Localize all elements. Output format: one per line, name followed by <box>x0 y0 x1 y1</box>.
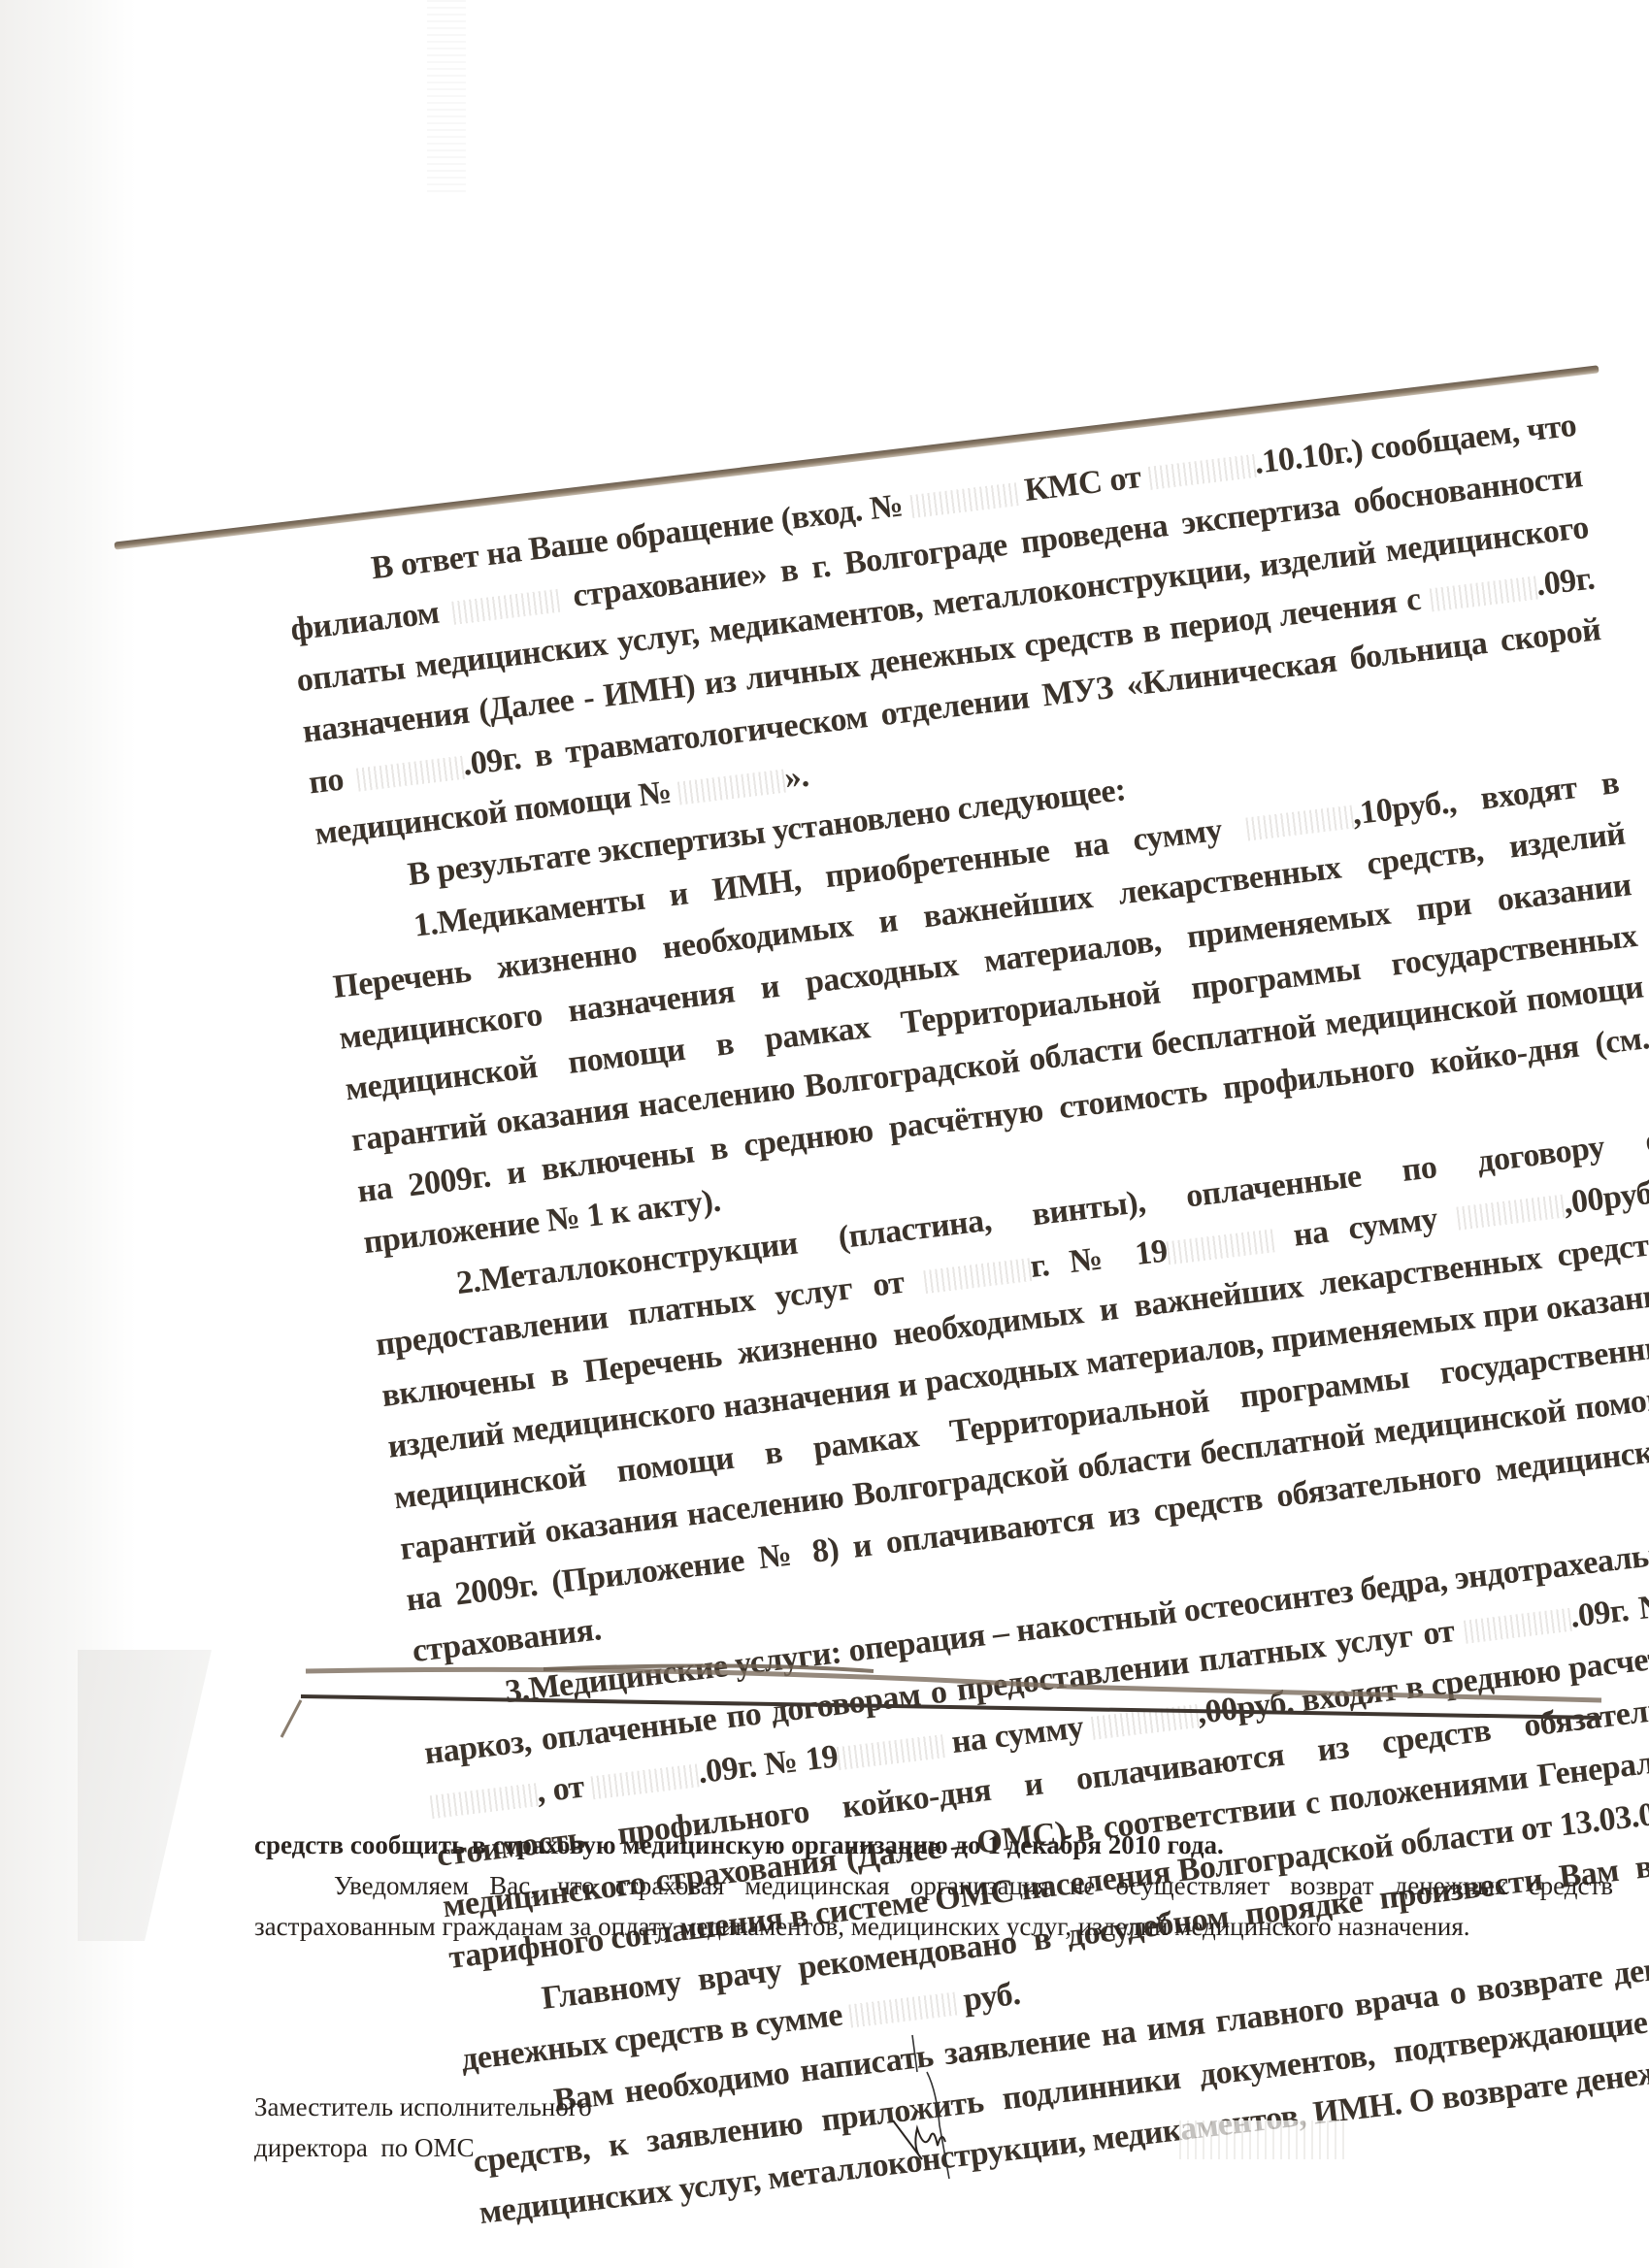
redacted-field <box>1464 1608 1572 1644</box>
notice-paragraph: Уведомляем Вас, что страховая медицинска… <box>254 1865 1613 1947</box>
redacted-field <box>591 1764 700 1800</box>
folded-page-section: В ответ на Ваше обращение (вход. № КМС о… <box>92 182 1649 1612</box>
signatory-title: Заместитель исполнительного директора по… <box>254 2087 592 2168</box>
redacted-field <box>452 589 561 625</box>
redacted-field <box>677 770 786 805</box>
letter-body-folded: В ответ на Ваше обращение (вход. № КМС о… <box>281 400 1649 2239</box>
scan-artifact <box>427 0 466 194</box>
redacted-field <box>1245 805 1354 841</box>
letter-body-bottom: средств сообщить в страховую медицинскую… <box>254 1824 1613 1947</box>
redacted-field <box>1090 1704 1199 1740</box>
redacted-field <box>1430 576 1538 612</box>
handwritten-signature-icon <box>874 2033 1039 2179</box>
redacted-field <box>923 1258 1032 1294</box>
redacted-field <box>1457 1195 1566 1231</box>
redacted-field <box>909 482 1018 518</box>
redacted-field <box>1166 1230 1274 1265</box>
redacted-field <box>1147 454 1256 490</box>
redacted-field <box>356 756 465 792</box>
refund-deadline-text: средств сообщить в страховую медицинскую… <box>254 1824 1613 1865</box>
signatory-title-line2: директора по ОМС <box>254 2127 592 2168</box>
redacted-field <box>430 1783 539 1819</box>
redacted-field <box>837 1734 945 1770</box>
signatory-name-redacted <box>1179 2120 1344 2159</box>
redacted-field <box>849 1992 958 2028</box>
signatory-title-line1: Заместитель исполнительного <box>254 2087 592 2127</box>
